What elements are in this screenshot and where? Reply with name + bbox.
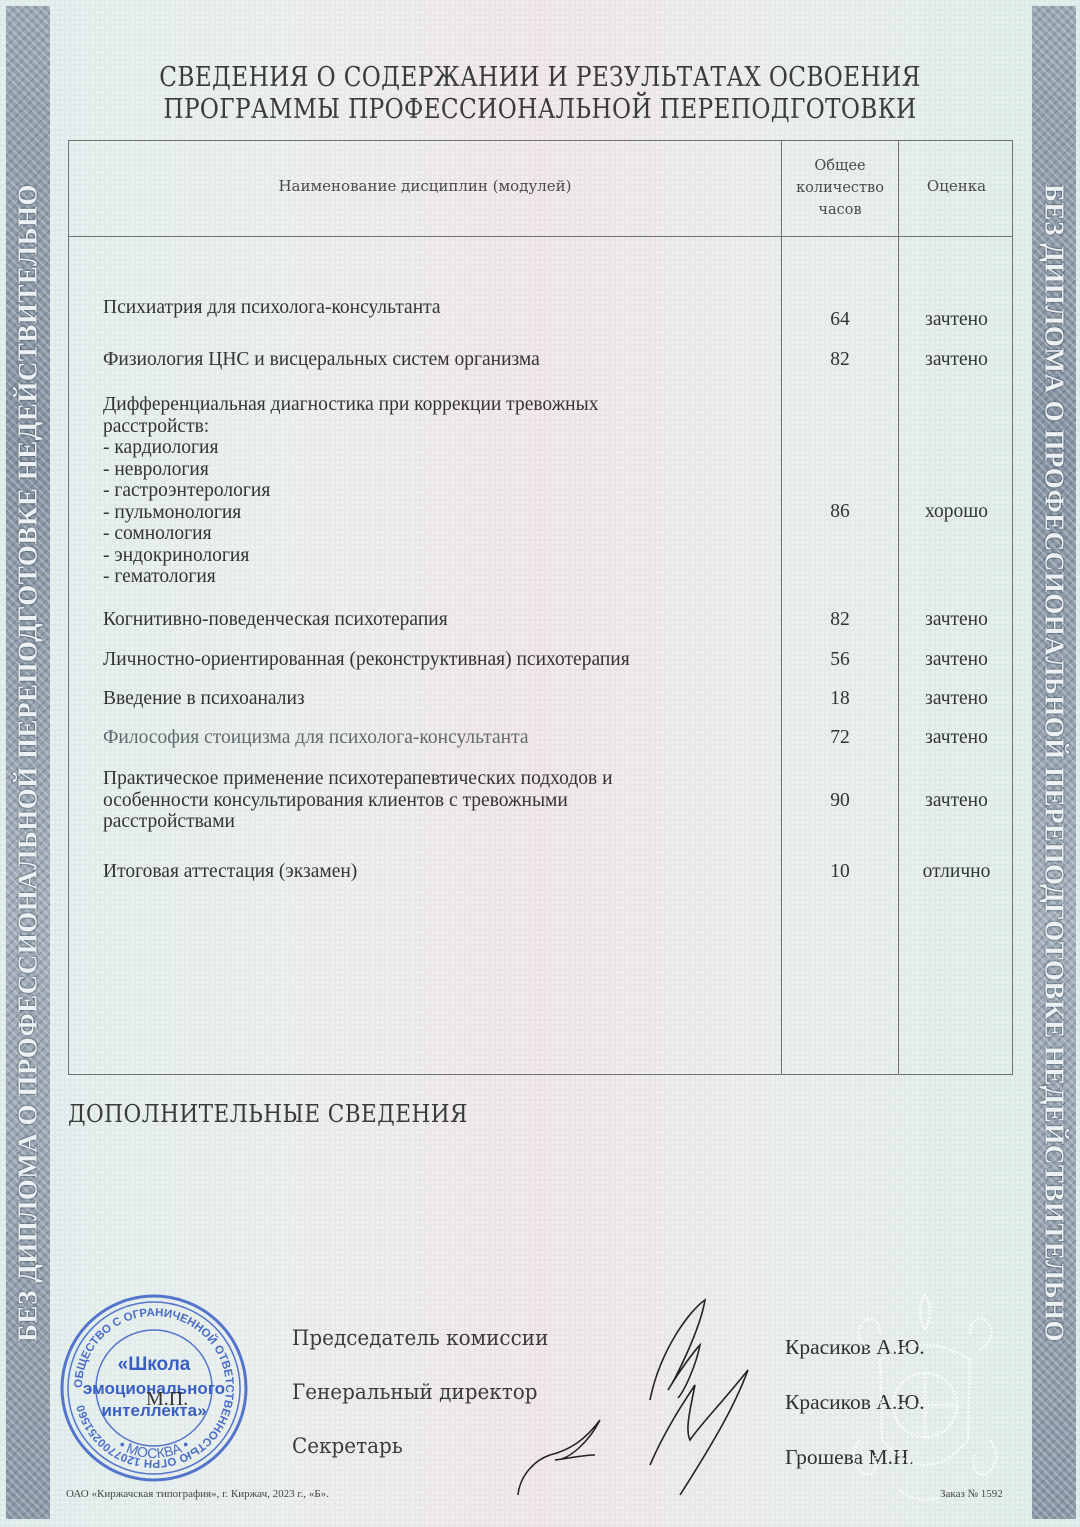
discipline-hours: 82	[782, 349, 898, 371]
order-number: Заказ № 1592	[940, 1488, 1003, 1500]
discipline-grade: зачтено	[899, 609, 1014, 631]
discipline-hours: 86	[782, 501, 898, 523]
header-divider	[69, 236, 1012, 237]
discipline-grade: зачтено	[899, 727, 1014, 749]
discipline-hours: 18	[782, 688, 898, 710]
discipline-name: Итоговая аттестация (экзамен)	[103, 861, 743, 883]
printer-imprint: ОАО «Киржачская типография», г. Киржач, …	[66, 1488, 329, 1500]
border-warning-text: БЕЗ ДИПЛОМА О ПРОФЕССИОНАЛЬНОЙ ПЕРЕПОДГО…	[1039, 184, 1070, 1342]
discipline-hours: 72	[782, 727, 898, 749]
additional-info-title: ДОПОЛНИТЕЛЬНЫЕ СВЕДЕНИЯ	[68, 1100, 468, 1128]
signature-role-secretary: Секретарь	[292, 1434, 403, 1458]
column-divider	[781, 141, 782, 1074]
discipline-name: Физиология ЦНС и висцеральных систем орг…	[103, 349, 743, 371]
discipline-name-line: Личностно-ориентированная (реконструктив…	[103, 649, 743, 671]
discipline-name-line: - кардиология	[103, 437, 743, 459]
discipline-hours: 10	[782, 861, 898, 883]
watermark-emblem-icon	[840, 1290, 1010, 1520]
discipline-name-line: Когнитивно-поведенческая психотерапия	[103, 609, 743, 631]
svg-text:«Школа: «Школа	[118, 1354, 191, 1375]
discipline-name-line: расстройств:	[103, 416, 743, 438]
discipline-grade: отлично	[899, 861, 1014, 883]
right-security-border: БЕЗ ДИПЛОМА О ПРОФЕССИОНАЛЬНОЙ ПЕРЕПОДГО…	[1032, 6, 1076, 1519]
discipline-grade: зачтено	[899, 649, 1014, 671]
discipline-name-line: - неврология	[103, 459, 743, 481]
handwritten-signatures	[500, 1290, 780, 1510]
discipline-name-line: - пульмонология	[103, 502, 743, 524]
header-line: Общее	[782, 155, 898, 177]
discipline-name-line: особенности консультирования клиентов с …	[103, 790, 743, 812]
discipline-grade: зачтено	[899, 349, 1014, 371]
discipline-name: Когнитивно-поведенческая психотерапия	[103, 609, 743, 631]
discipline-hours: 64	[782, 309, 898, 331]
seal-mark-label: М.П.	[146, 1388, 188, 1411]
discipline-name-line: расстройствами	[103, 811, 743, 833]
discipline-name-line: - гастроэнтерология	[103, 480, 743, 502]
header-grade: Оценка	[899, 177, 1014, 195]
discipline-name-line: Введение в психоанализ	[103, 688, 743, 710]
discipline-hours: 90	[782, 790, 898, 812]
discipline-grade: зачтено	[899, 309, 1014, 331]
discipline-grade: зачтено	[899, 790, 1014, 812]
header-line: часов	[782, 199, 898, 221]
discipline-name-line: - сомнология	[103, 523, 743, 545]
discipline-name-line: Физиология ЦНС и висцеральных систем орг…	[103, 349, 743, 371]
header-discipline-name: Наименование дисциплин (модулей)	[69, 177, 781, 195]
left-security-border: БЕЗ ДИПЛОМА О ПРОФЕССИОНАЛЬНОЙ ПЕРЕПОДГО…	[6, 6, 50, 1519]
header-line: количество	[782, 177, 898, 199]
discipline-name-line: Философия стоицизма для психолога-консул…	[103, 727, 743, 749]
discipline-grade: хорошо	[899, 501, 1014, 523]
discipline-hours: 82	[782, 609, 898, 631]
column-divider	[898, 141, 899, 1074]
discipline-name-line: Практическое применение психотерапевтиче…	[103, 768, 743, 790]
discipline-name: Практическое применение психотерапевтиче…	[103, 768, 743, 833]
discipline-hours: 56	[782, 649, 898, 671]
border-warning-text: БЕЗ ДИПЛОМА О ПРОФЕССИОНАЛЬНОЙ ПЕРЕПОДГО…	[13, 184, 44, 1342]
discipline-name-line: Психиатрия для психолога-консультанта	[103, 297, 743, 319]
discipline-name: Дифференциальная диагностика при коррекц…	[103, 394, 743, 588]
discipline-name: Философия стоицизма для психолога-консул…	[103, 727, 743, 749]
page-title: СВЕДЕНИЯ О СОДЕРЖАНИИ И РЕЗУЛЬТАТАХ ОСВО…	[76, 62, 1005, 126]
title-line: ПРОГРАММЫ ПРОФЕССИОНАЛЬНОЙ ПЕРЕПОДГОТОВК…	[76, 94, 1005, 126]
disciplines-table: Наименование дисциплин (модулей) Общее к…	[68, 140, 1013, 1075]
title-line: СВЕДЕНИЯ О СОДЕРЖАНИИ И РЕЗУЛЬТАТАХ ОСВО…	[76, 62, 1005, 94]
discipline-name-line: Итоговая аттестация (экзамен)	[103, 861, 743, 883]
discipline-name: Введение в психоанализ	[103, 688, 743, 710]
header-total-hours: Общее количество часов	[782, 155, 898, 221]
discipline-name: Личностно-ориентированная (реконструктив…	[103, 649, 743, 671]
discipline-name-line: - эндокринология	[103, 545, 743, 567]
discipline-name-line: - гематология	[103, 566, 743, 588]
discipline-name: Психиатрия для психолога-консультанта	[103, 297, 743, 319]
discipline-grade: зачтено	[899, 688, 1014, 710]
discipline-name-line: Дифференциальная диагностика при коррекц…	[103, 394, 743, 416]
